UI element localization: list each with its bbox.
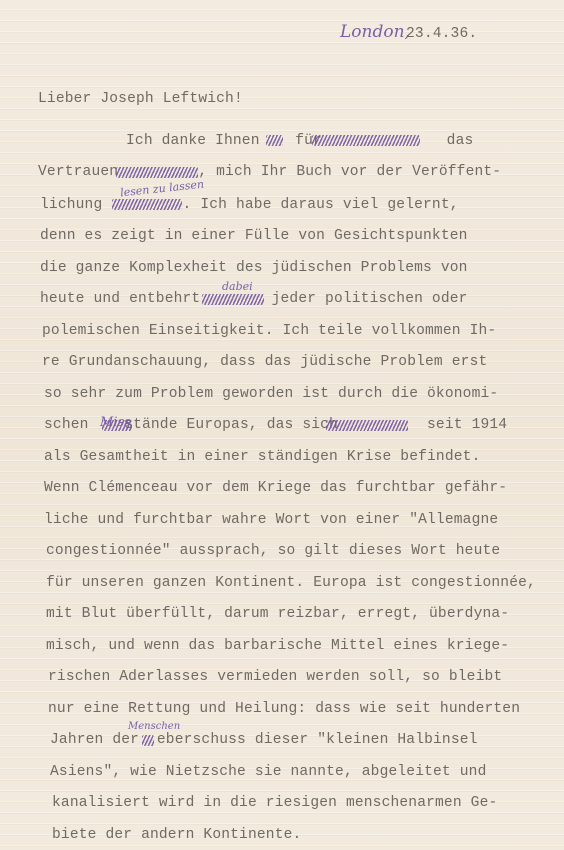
body-line: kanalisiert wird in die riesigen mensche…: [52, 796, 497, 811]
body-line: biete der andern Kontinente.: [52, 828, 301, 843]
strikeout-mark: [326, 420, 408, 431]
body-line: mit Blut überfüllt, darum reizbar, erreg…: [46, 607, 509, 622]
body-line: misch, und wenn das barbarische Mittel e…: [46, 639, 509, 654]
body-line: so sehr zum Problem geworden ist durch d…: [44, 387, 498, 402]
strikeout-mark: [202, 294, 264, 305]
strikeout-mark: [112, 199, 182, 210]
body-line: lichung . Ich habe daraus viel gelernt,: [40, 198, 459, 213]
strikeout-mark: [312, 135, 420, 146]
insertion-miss: Miss: [100, 416, 131, 429]
body-line: re Grundanschauung, dass das jüdische Pr…: [42, 355, 487, 370]
body-line: polemischen Einseitigkeit. Ich teile vol…: [42, 324, 496, 339]
insertion-menschen: Menschen: [128, 722, 180, 732]
body-line: die ganze Komplexheit des jüdischen Prob…: [40, 261, 468, 276]
body-line: nur eine Rettung und Heilung: dass wie s…: [48, 702, 520, 717]
body-line: Ich danke Ihnen für das: [126, 134, 473, 149]
body-line: Vertrauen , mich Ihr Buch vor der Veröff…: [38, 165, 501, 180]
body-line: für unseren ganzen Kontinent. Europa ist…: [46, 576, 536, 591]
strikeout-mark: [116, 167, 198, 178]
body-line: Asiens", wie Nietzsche sie nannte, abgel…: [50, 765, 486, 780]
insertion-lesen-zu-lassen: lesen zu lassen: [120, 179, 205, 199]
body-line: Jahren der eberschuss dieser "kleinen Ha…: [50, 733, 478, 748]
body-line: denn es zeigt in einer Fülle von Gesicht…: [40, 229, 468, 244]
body-line: rischen Aderlasses vermieden werden soll…: [48, 670, 502, 685]
body-line: liche und furchtbar wahre Wort von einer…: [44, 513, 498, 528]
letter-date: 23.4.36.: [406, 27, 477, 42]
strikeout-mark: [142, 735, 154, 746]
salutation: Lieber Joseph Leftwich!: [38, 92, 243, 107]
place-handwritten: London,: [340, 24, 410, 41]
insertion-dabei: dabei: [222, 281, 253, 292]
body-line: als Gesamtheit in einer ständigen Krise …: [44, 450, 480, 465]
letter-page: London, 23.4.36. Lieber Joseph Leftwich!…: [0, 0, 564, 850]
strikeout-mark: [266, 135, 283, 146]
body-line: congestionnée" aussprach, so gilt dieses…: [46, 544, 500, 559]
body-line: Wenn Clémenceau vor dem Kriege das furch…: [44, 481, 507, 496]
